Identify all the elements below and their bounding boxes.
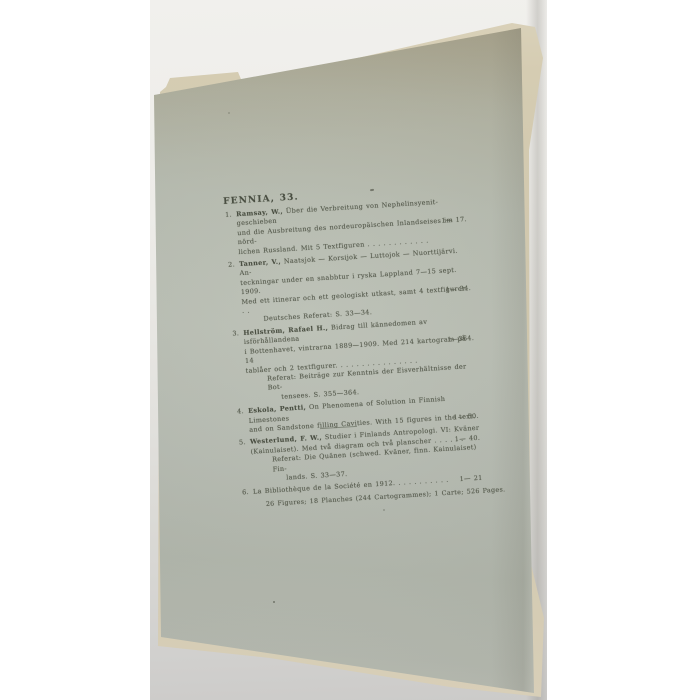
- paper-speck: [383, 509, 385, 511]
- entry-number: 5.: [239, 438, 246, 448]
- entry-number: 3.: [232, 329, 239, 339]
- entry-number: 6.: [242, 488, 249, 498]
- entry-number: 2.: [228, 260, 235, 270]
- toc-entry: 2.Tanner, V., Naatsjok — Korsijok — Lutt…: [227, 246, 473, 326]
- entry-number: 1.: [225, 210, 232, 220]
- entry-number: 4.: [237, 407, 244, 417]
- table-of-contents: FENNIA, 33. 1.Ramsay, W., Über die Verbr…: [223, 182, 484, 510]
- author-name: Tanner, V.,: [239, 258, 281, 269]
- paper-speck: [228, 112, 230, 114]
- page-number: 1— 50.: [453, 412, 479, 423]
- book-photo: FENNIA, 33. 1.Ramsay, W., Über die Verbr…: [150, 0, 547, 700]
- page-number: 1— 34.: [445, 284, 471, 295]
- page-number: 1—364.: [447, 334, 474, 345]
- toc-entry: 3.Hellström, Rafael H., Bidrag till känn…: [231, 315, 477, 405]
- page-number: 1— 17.: [441, 215, 467, 226]
- author-name: Eskola, Pentti,: [248, 403, 306, 415]
- toc-entry-list: 1.Ramsay, W., Über die Verbreitung von N…: [224, 196, 483, 498]
- page-number: 1— 21: [459, 474, 483, 485]
